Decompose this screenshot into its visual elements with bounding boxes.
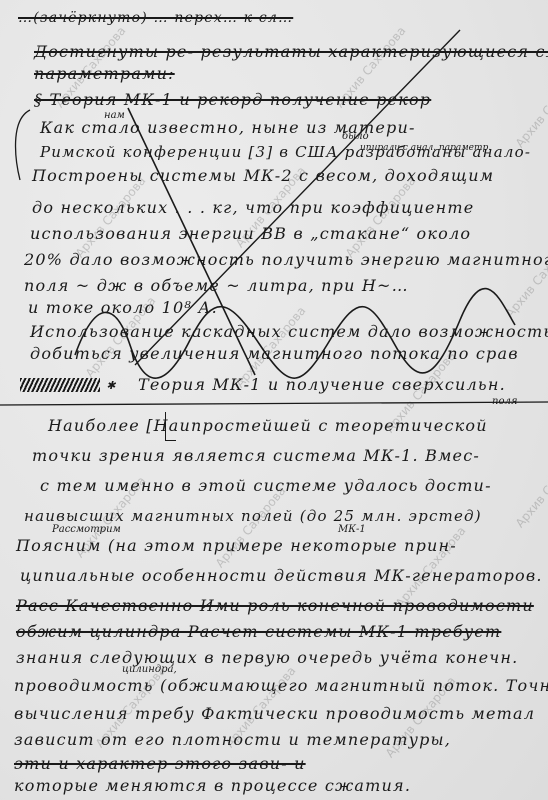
- manuscript-page: Архив Сахарова Архив Сахарова Архив Саха…: [0, 0, 548, 800]
- pen-strokes: [0, 0, 548, 800]
- diagonal-strike-line: [128, 108, 255, 375]
- margin-bracket: [16, 110, 30, 180]
- wavy-strike-line: [75, 289, 515, 379]
- horizontal-rule: [0, 402, 548, 405]
- diagonal-strike-line: [135, 30, 460, 365]
